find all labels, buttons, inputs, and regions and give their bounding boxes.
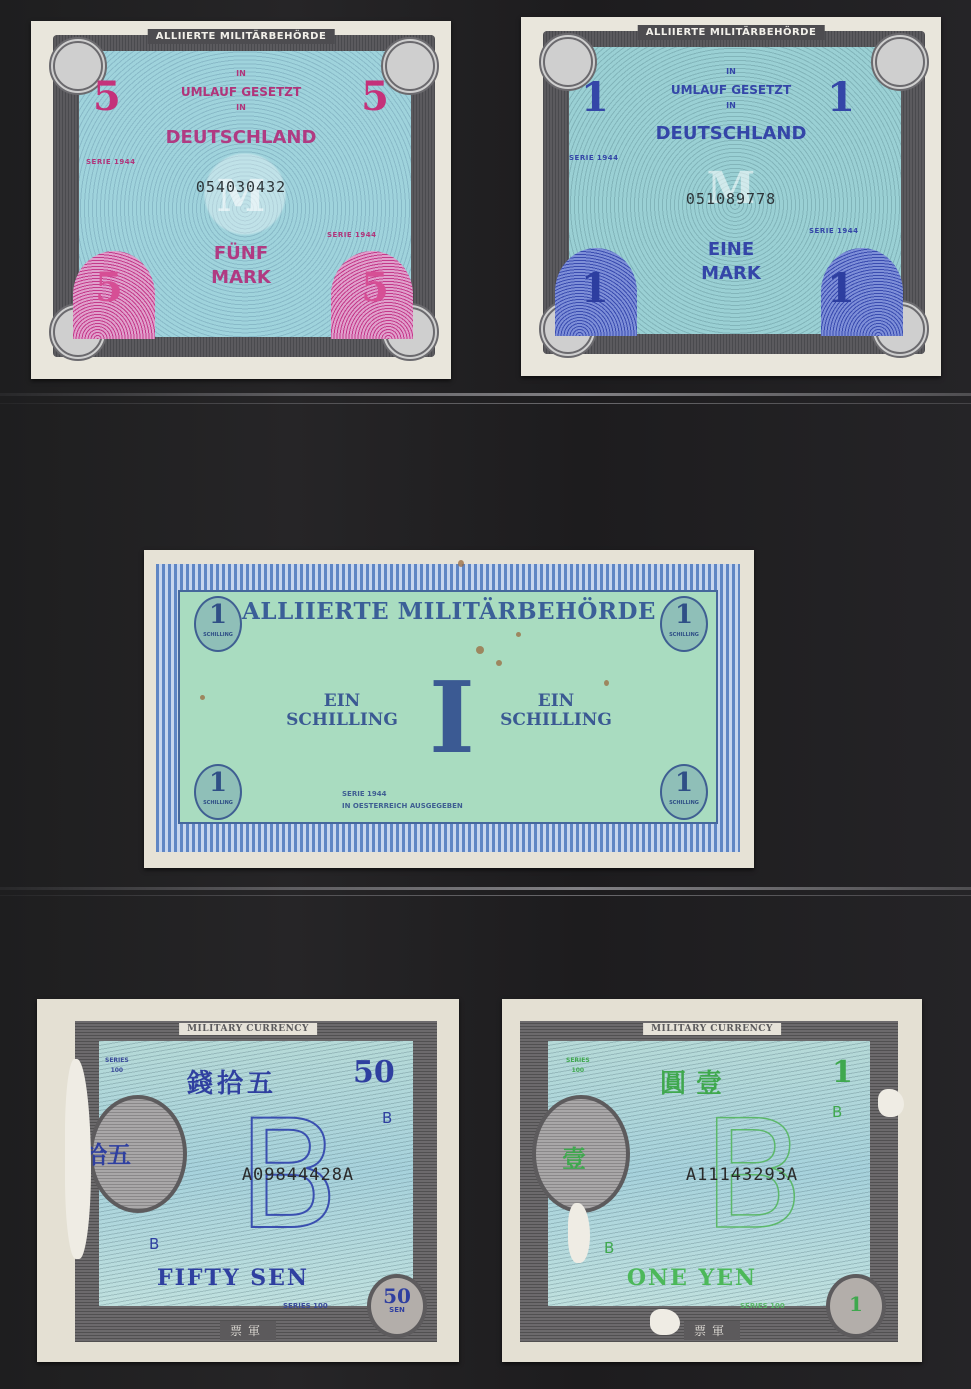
series-number: 100 bbox=[105, 1066, 129, 1076]
issuer-title: ALLIIERTE MILITÄRBEHÖRDE bbox=[144, 598, 754, 625]
series-bottom: SERIES 100 bbox=[283, 1302, 328, 1310]
letter-b-bottom: B bbox=[604, 1239, 614, 1257]
torn-spot bbox=[650, 1309, 680, 1335]
issuer-band: ALLIIERTE MILITÄRBEHÖRDE bbox=[638, 25, 825, 40]
serie-left: SERIE 1944 bbox=[569, 154, 619, 162]
top-value: 50 bbox=[353, 1055, 395, 1090]
issued-in-text: IN OESTERREICH AUSGEGEBEN bbox=[342, 802, 463, 810]
series-bottom: SERIES 100 bbox=[740, 1302, 785, 1310]
issuer-band: ALLIIERTE MILITÄRBEHÖRDE bbox=[148, 29, 335, 44]
banknote-1-schilling[interactable]: 1 SCHILLING 1 SCHILLING 1 SCHILLING 1 SC… bbox=[144, 550, 754, 868]
denomination-line2: MARK bbox=[521, 263, 941, 284]
letter-b-bottom: B bbox=[149, 1235, 159, 1253]
banknote-1-yen[interactable]: MILITARY CURRENCY SERIES 100 圓壹 1 B 壹 B … bbox=[502, 999, 922, 1362]
coin-value: 1 bbox=[662, 766, 706, 800]
banknote-1-mark[interactable]: ALLIIERTE MILITÄRBEHÖRDE 1 1 1 1 IN UMLA… bbox=[521, 17, 941, 376]
text-umlauf-gesetzt: UMLAUF GESETZT bbox=[521, 83, 941, 97]
coin-unit: SCHILLING bbox=[662, 632, 706, 638]
stain bbox=[496, 660, 502, 666]
center-value: I bbox=[429, 670, 475, 768]
medal-value: 1 bbox=[830, 1294, 882, 1314]
coin-unit: SCHILLING bbox=[196, 632, 240, 638]
stain bbox=[516, 632, 521, 637]
album-sleeve-edge-bottom-2 bbox=[0, 895, 971, 896]
serial-number: 051089778 bbox=[521, 190, 941, 208]
value-medal: 50 SEN bbox=[367, 1274, 427, 1338]
corner-value-tl: 1 bbox=[581, 74, 609, 121]
header-band: MILITARY CURRENCY bbox=[643, 1023, 781, 1035]
corner-coin-br: 1 SCHILLING bbox=[660, 764, 708, 820]
serie-right: SERIE 1944 bbox=[327, 231, 377, 239]
denomination-left-line2: SCHILLING bbox=[272, 711, 412, 730]
series-label: SERIES bbox=[105, 1056, 129, 1066]
denomination-line1: EINE bbox=[521, 239, 941, 260]
letter-b-top: B bbox=[832, 1103, 842, 1121]
text-in: IN bbox=[521, 67, 941, 76]
serie-right: SERIE 1944 bbox=[809, 227, 859, 235]
series-label: SERIES bbox=[566, 1056, 590, 1066]
corner-coin-bl: 1 SCHILLING bbox=[194, 764, 242, 820]
medal-unit: SEN bbox=[371, 1306, 423, 1314]
text-umlauf-gesetzt: UMLAUF GESETZT bbox=[31, 85, 451, 99]
series-top: SERIES 100 bbox=[105, 1056, 129, 1076]
denomination-left-line1: EIN bbox=[272, 692, 412, 711]
banknote-5-mark[interactable]: ALLIIERTE MILITÄRBEHÖRDE 5 5 5 5 IN UMLA… bbox=[31, 21, 451, 379]
album-sleeve-edge-top-2 bbox=[0, 403, 971, 404]
text-country: DEUTSCHLAND bbox=[31, 127, 451, 148]
letter-b-top: B bbox=[382, 1109, 392, 1127]
text-in: IN bbox=[31, 69, 451, 78]
coin-unit: SCHILLING bbox=[196, 800, 240, 806]
serie-text: SERIE 1944 bbox=[342, 790, 387, 798]
stain bbox=[458, 560, 464, 567]
header-band: MILITARY CURRENCY bbox=[179, 1023, 317, 1035]
stain bbox=[476, 646, 484, 654]
album-sleeve-edge-bottom bbox=[0, 887, 971, 890]
value-medal: 1 bbox=[826, 1274, 886, 1338]
torn-spot bbox=[878, 1089, 904, 1117]
text-country: DEUTSCHLAND bbox=[521, 123, 941, 144]
bottom-kanji: 票軍 bbox=[684, 1321, 740, 1340]
denomination-right-line1: EIN bbox=[486, 692, 626, 711]
corner-value-tr: 1 bbox=[827, 74, 855, 121]
coin-unit: SCHILLING bbox=[662, 800, 706, 806]
text-in-2: IN bbox=[31, 103, 451, 112]
serial-number: 054030432 bbox=[31, 178, 451, 196]
album-sleeve-edge-top bbox=[0, 393, 971, 396]
stain bbox=[200, 695, 205, 700]
serie-left: SERIE 1944 bbox=[86, 158, 136, 166]
coin-value: 1 bbox=[196, 766, 240, 800]
denomination-line2: MARK bbox=[31, 267, 451, 288]
denomination-right-line2: SCHILLING bbox=[486, 711, 626, 730]
banknote-50-sen[interactable]: MILITARY CURRENCY SERIES 100 錢拾五 50 B 拾五… bbox=[37, 999, 459, 1362]
stain bbox=[604, 680, 609, 686]
top-value: 1 bbox=[832, 1055, 853, 1090]
denomination-right: EIN SCHILLING bbox=[486, 692, 626, 730]
bottom-kanji: 票軍 bbox=[220, 1321, 276, 1340]
denomination-left: EIN SCHILLING bbox=[272, 692, 412, 730]
text-in-2: IN bbox=[521, 101, 941, 110]
medal-value: 50 bbox=[371, 1286, 423, 1306]
serial-number: A09844428A bbox=[37, 1165, 459, 1185]
series-number: 100 bbox=[566, 1066, 590, 1076]
denomination-line1: FÜNF bbox=[31, 243, 451, 264]
series-top: SERIES 100 bbox=[566, 1056, 590, 1076]
serial-number: A11143293A bbox=[502, 1165, 922, 1185]
